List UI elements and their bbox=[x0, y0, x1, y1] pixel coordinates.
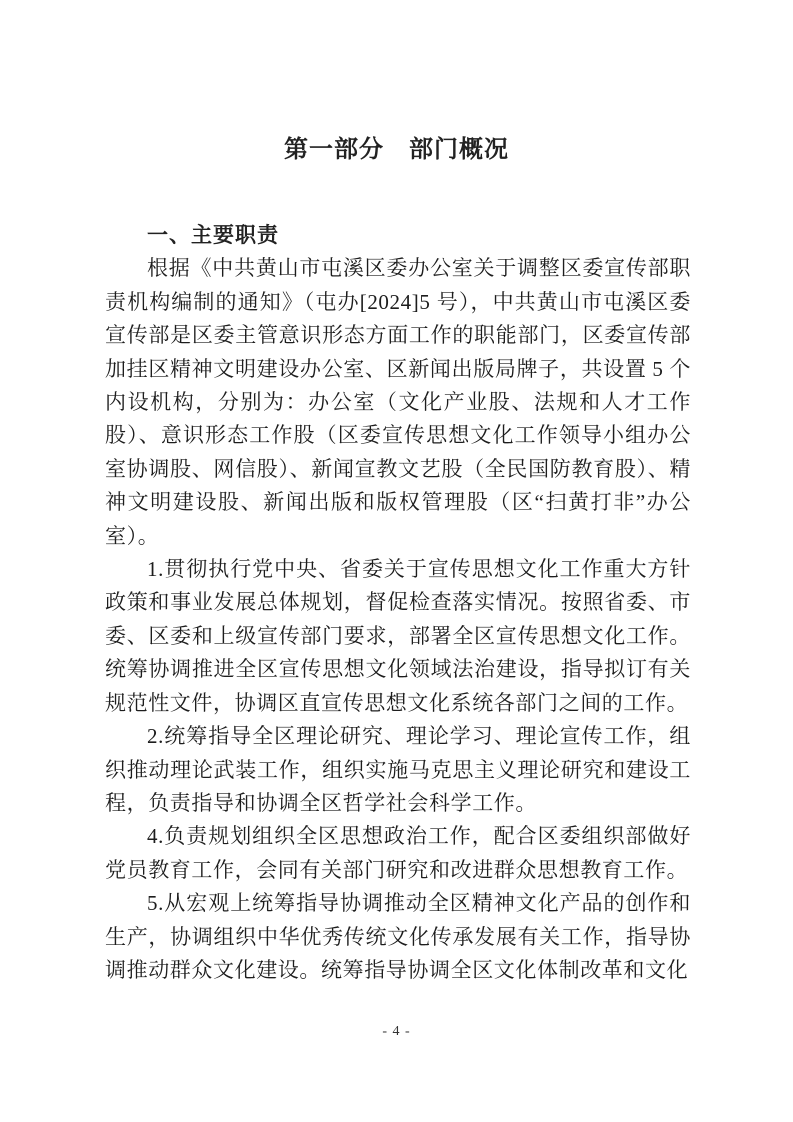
paragraph-duty-2: 2.统筹指导全区理论研究、理论学习、理论宣传工作，组织推动理论武装工作，组织实施… bbox=[105, 720, 691, 820]
page-title: 第一部分 部门概况 bbox=[0, 133, 793, 167]
document-body: 一、主要职责 根据《中共黄山市屯溪区委办公室关于调整区委宣传部职责机构编制的通知… bbox=[105, 219, 691, 987]
paragraph-duty-4: 4.负责规划组织全区思想政治工作，配合区委组织部做好党员教育工作，会同有关部门研… bbox=[105, 820, 691, 887]
section-heading: 一、主要职责 bbox=[105, 219, 691, 252]
paragraph-duty-1: 1.贯彻执行党中央、省委关于宣传思想文化工作重大方针政策和事业发展总体规划，督促… bbox=[105, 553, 691, 720]
paragraph-duty-5: 5.从宏观上统筹指导协调推动全区精神文化产品的创作和生产，协调组织中华优秀传统文… bbox=[105, 887, 691, 987]
paragraph-intro: 根据《中共黄山市屯溪区委办公室关于调整区委宣传部职责机构编制的通知》（屯办[20… bbox=[105, 252, 691, 553]
document-page: 第一部分 部门概况 一、主要职责 根据《中共黄山市屯溪区委办公室关于调整区委宣传… bbox=[0, 0, 793, 1122]
page-number: - 4 - bbox=[0, 1024, 793, 1040]
